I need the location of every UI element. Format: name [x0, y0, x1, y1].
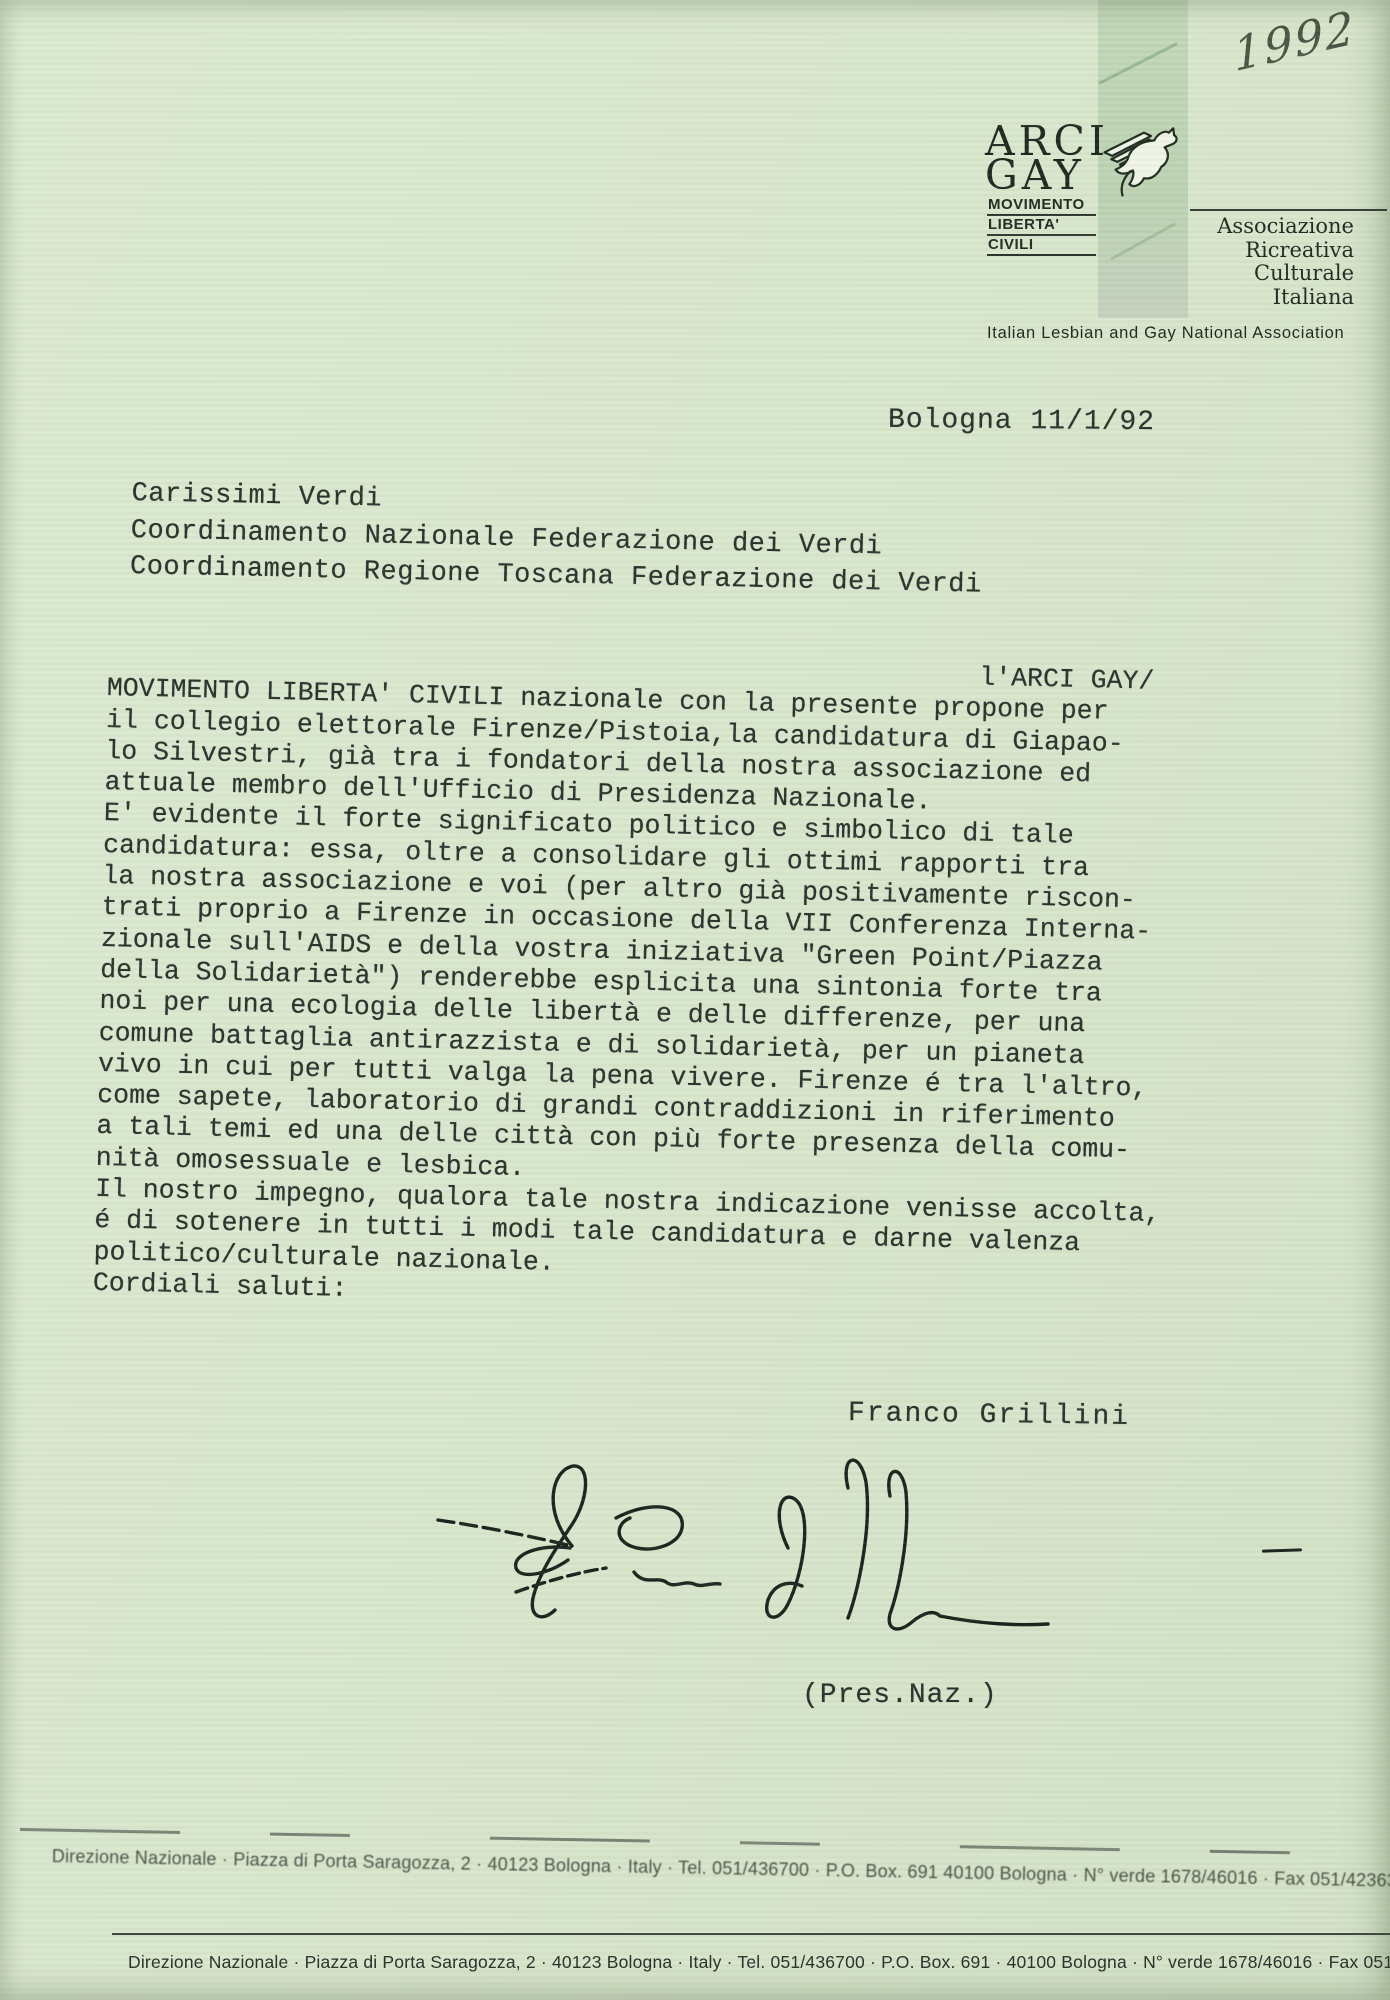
movement-name: MOVIMENTO LIBERTA' CIVILI	[987, 197, 1096, 257]
pegasus-icon	[1101, 118, 1187, 204]
scanned-letter-page: ARCI GAY MOVIMENTO LIBERTA' CIVILI Assoc…	[0, 0, 1390, 2000]
footer-address-caption: Direzione Nazionale · Piazza di Porta Sa…	[128, 1952, 1390, 1973]
handwritten-year: 1992	[1231, 0, 1358, 82]
association-line: Culturale	[1190, 262, 1354, 286]
typed-signatory-name: Franco Grillini	[848, 1398, 1130, 1433]
date-line: Bologna 11/1/92	[888, 405, 1155, 438]
signature-scrawl	[420, 1452, 1065, 1672]
movement-line: CIVILI	[987, 237, 1096, 256]
movement-line: LIBERTA'	[987, 217, 1096, 236]
association-line: Ricreativa	[1190, 239, 1354, 263]
recipient-block: Carissimi Verdi Coordinamento Nazionale …	[130, 476, 984, 604]
signature-end-dash	[1262, 1548, 1302, 1552]
band-streak	[1110, 222, 1176, 260]
english-association-name: Italian Lesbian and Gay National Associa…	[987, 324, 1344, 343]
footer-address-printed: Direzione Nazionale · Piazza di Porta Sa…	[52, 1846, 1372, 1891]
association-name: Associazione Ricreativa Culturale Italia…	[1190, 215, 1354, 309]
movement-line: MOVIMENTO	[987, 197, 1096, 216]
association-rule	[1190, 209, 1387, 211]
letter-body: l'ARCI GAY/ MOVIMENTO LIBERTA' CIVILI na…	[93, 642, 1248, 1326]
org-name: ARCI GAY	[985, 124, 1109, 192]
association-line: Associazione	[1190, 215, 1354, 239]
signatory-role: (Pres.Naz.)	[802, 1680, 998, 1711]
band-streak	[1098, 42, 1178, 85]
association-line: Italiana	[1190, 286, 1354, 310]
footer-solid-rule	[112, 1933, 1390, 1935]
